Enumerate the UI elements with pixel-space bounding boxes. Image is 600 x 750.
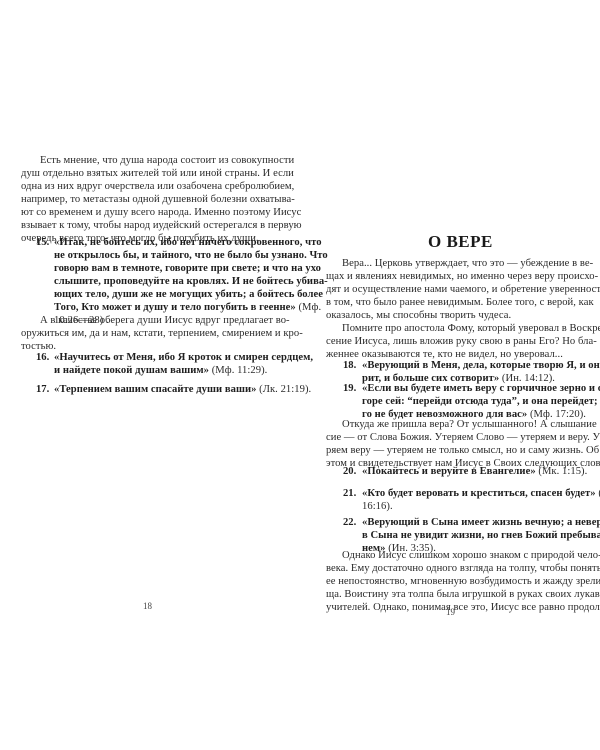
text-line: взывает к тому, чтобы народ иудейский ос… bbox=[21, 219, 270, 232]
verse-line: «Верующий в Меня, дела, которые творю Я,… bbox=[362, 359, 576, 372]
chapter-heading: О ВЕРЕ bbox=[428, 232, 493, 252]
verse-text: и найдете покой душам вашим» bbox=[54, 365, 209, 376]
verse-reference: (Мф. 11:29). bbox=[209, 365, 267, 376]
text-line: дят и осуществление нами чаемого, и обре… bbox=[326, 283, 576, 296]
verse-number: 20. bbox=[343, 465, 356, 478]
verse-number: 19. bbox=[343, 382, 356, 395]
text-line: сие — от Слова Божия. Утеряем Слово — ут… bbox=[326, 431, 576, 444]
verse-reference: (Мк. 1:15). bbox=[536, 466, 588, 477]
text-line: душ отдельно взятых жителей той или иной… bbox=[21, 167, 270, 180]
verse-line: «Если вы будете иметь веру с горчичное з… bbox=[362, 382, 576, 395]
verse-line: горе сей: “перейди отсюда туда”, и она п… bbox=[362, 395, 576, 408]
verse-line: ющих тело, души же не могущих убить; а б… bbox=[54, 288, 270, 301]
text-line: ее непостоянство, мгновенную возбудимост… bbox=[326, 575, 576, 588]
text-line: ща. Воистину эта толпа была игрушкой в р… bbox=[326, 588, 576, 601]
text-line: ют со временем и душу всего народа. Имен… bbox=[21, 206, 270, 219]
text-line: в том, что было ранее невидимым. Более т… bbox=[326, 296, 576, 309]
verse-line: «Покайтесь и веруйте в Евангелие» (Мк. 1… bbox=[362, 465, 587, 478]
verse-number: 18. bbox=[343, 359, 356, 372]
verse-line: «Научитесь от Меня, ибо Я кроток и смире… bbox=[54, 351, 270, 364]
text-line: например, то метастазы одной душевной бо… bbox=[21, 193, 270, 206]
verse-number: 15. bbox=[36, 236, 49, 249]
verse-number: 16. bbox=[36, 351, 49, 364]
verse-line: «Верующий в Сына имеет жизнь вечную; а н… bbox=[362, 516, 576, 529]
text-line: ряем веру — утеряем не только смысл, но … bbox=[326, 444, 576, 457]
text-line: Вера... Церковь утверждает, что это — уб… bbox=[342, 257, 576, 270]
text-line: оказалось, мы способны творить чудеса. bbox=[326, 309, 511, 322]
text-line: Помните про апостола Фому, который уверо… bbox=[342, 322, 576, 335]
verse-text: «Кто будет веровать и креститься, спасен… bbox=[362, 488, 596, 499]
text-line: века. Ему достаточно одного взгляда на т… bbox=[326, 562, 576, 575]
verse-line: не открылось бы, и тайного, что не было … bbox=[54, 249, 270, 262]
text-line: щах и явлениях невидимых, но именно чере… bbox=[326, 270, 576, 283]
text-line: Однако Иисус слишком хорошо знаком с при… bbox=[342, 549, 576, 562]
verse-line: говорю вам в темноте, говорите при свете… bbox=[54, 262, 270, 275]
verse-text: «Терпением вашим спасайте души ваши» bbox=[54, 384, 256, 395]
verse-line: 16:16). bbox=[362, 500, 393, 513]
verse-number: 21. bbox=[343, 487, 356, 500]
verse-number: 17. bbox=[36, 383, 49, 396]
verse-line: «Терпением вашим спасайте души ваши» (Лк… bbox=[54, 383, 311, 396]
verse-line: слышите, проповедуйте на кровлях. И не б… bbox=[54, 275, 270, 288]
text-line: Есть мнение, что душа народа состоит из … bbox=[40, 154, 270, 167]
left-page: Есть мнение, что душа народа состоит из … bbox=[0, 0, 300, 750]
page-number: 18 bbox=[143, 601, 152, 611]
verse-line: Того, Кто может и душу и тело погубить в… bbox=[54, 301, 321, 314]
verse-number: 22. bbox=[343, 516, 356, 529]
text-line: Откуда же пришла вера? От услышанного! А… bbox=[342, 418, 576, 431]
text-line: А в качестве оберега души Иисус вдруг пр… bbox=[40, 314, 270, 327]
verse-line: и найдете покой душам вашим» (Мф. 11:29)… bbox=[54, 364, 267, 377]
verse-reference: (Мк. bbox=[596, 488, 600, 499]
page-number: 19 bbox=[446, 607, 455, 617]
text-line: оружиться им, да и нам, кстати, терпение… bbox=[21, 327, 270, 340]
verse-reference: 16:16). bbox=[362, 501, 393, 512]
verse-line: «Кто будет веровать и креститься, спасен… bbox=[362, 487, 576, 500]
right-page: О ВЕРЕ Вера... Церковь утверждает, что э… bbox=[300, 0, 600, 750]
verse-text: «Покайтесь и веруйте в Евангелие» bbox=[362, 466, 536, 477]
verse-text: Того, Кто может и душу и тело погубить в… bbox=[54, 302, 296, 313]
text-line: одна из них вдруг очерствела или озабоче… bbox=[21, 180, 270, 193]
verse-line: в Сына не увидит жизни, но гнев Божий пр… bbox=[362, 529, 576, 542]
verse-line: «Итак, не бойтесь их, ибо нет ничего сок… bbox=[54, 236, 270, 249]
text-line: сение Иисуса, лишь вложив руку свою в ра… bbox=[326, 335, 576, 348]
